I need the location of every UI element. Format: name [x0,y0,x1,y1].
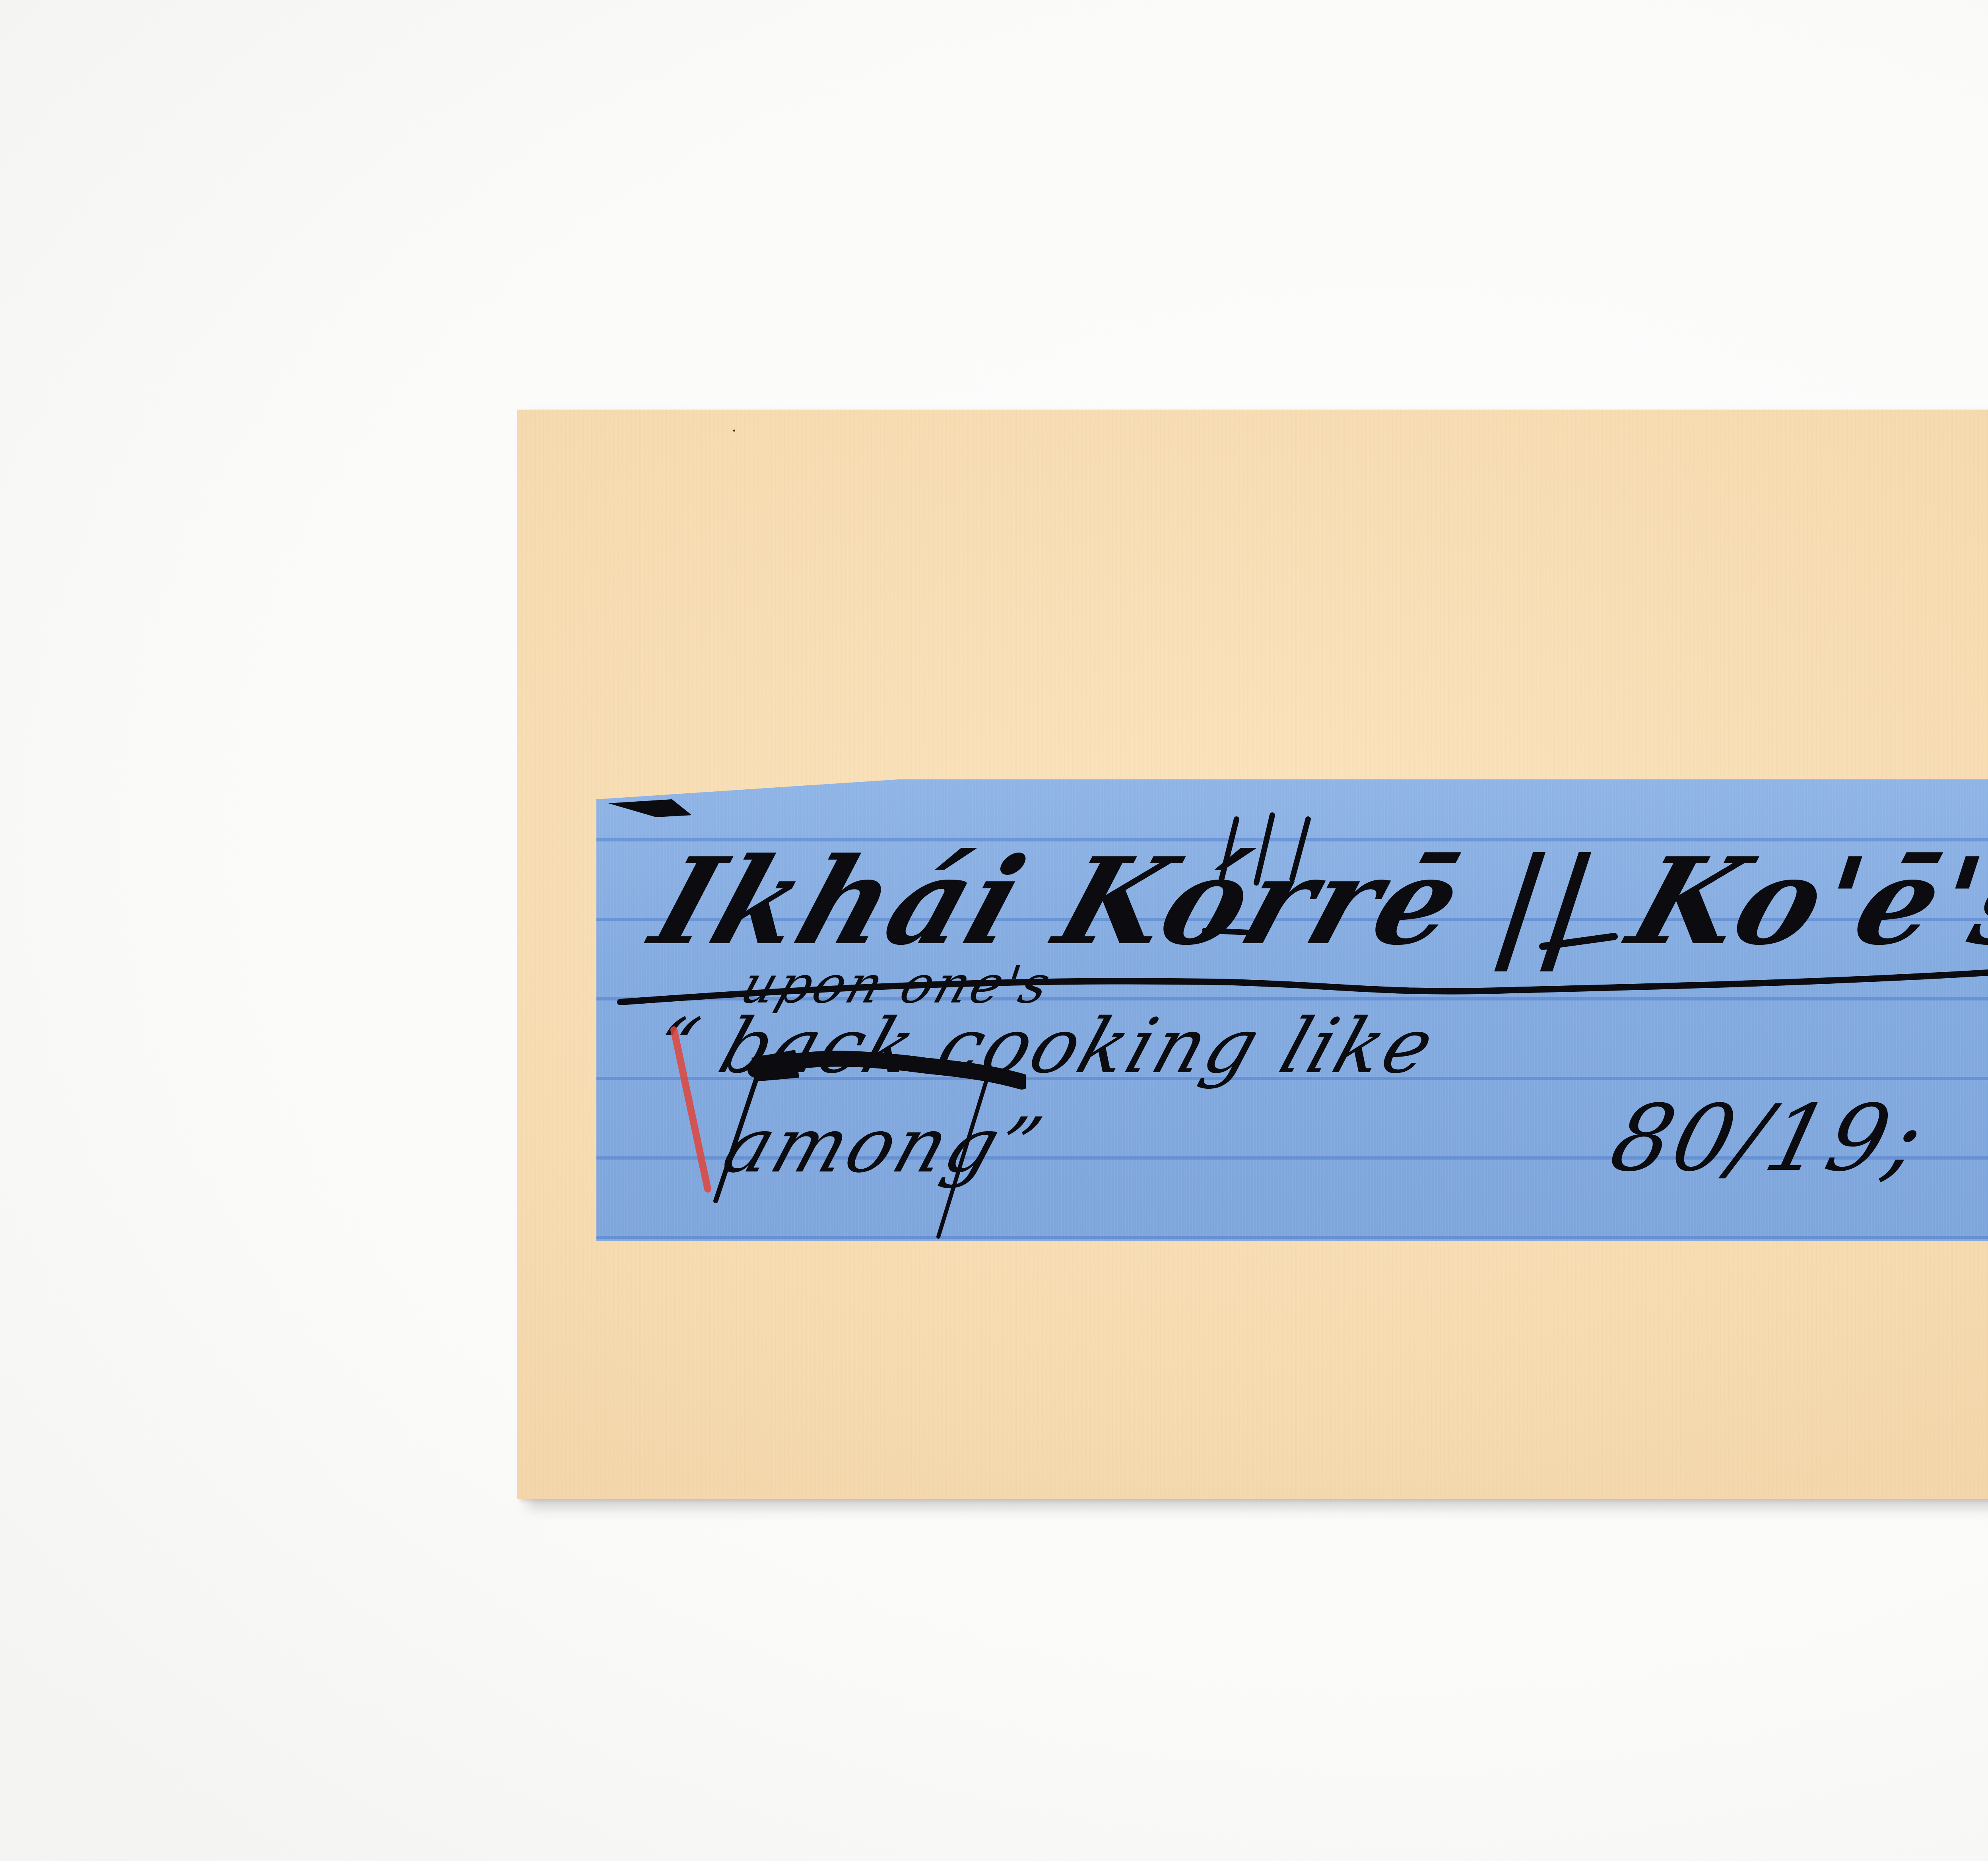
gloss-line-2: among” [713,1101,1054,1189]
blue-slip: Ikhái Kórrē || Ko'ē'sho upon one's “ bac… [596,779,1988,1241]
ink-speck: . [732,422,744,431]
strikethrough-blot [747,1034,1026,1094]
slip-heading: Ikhái Kórrē || Ko'ē'sho [637,831,1988,971]
reference-number: 80/19; [1601,1086,1936,1192]
red-pencil-mark [670,1026,714,1193]
